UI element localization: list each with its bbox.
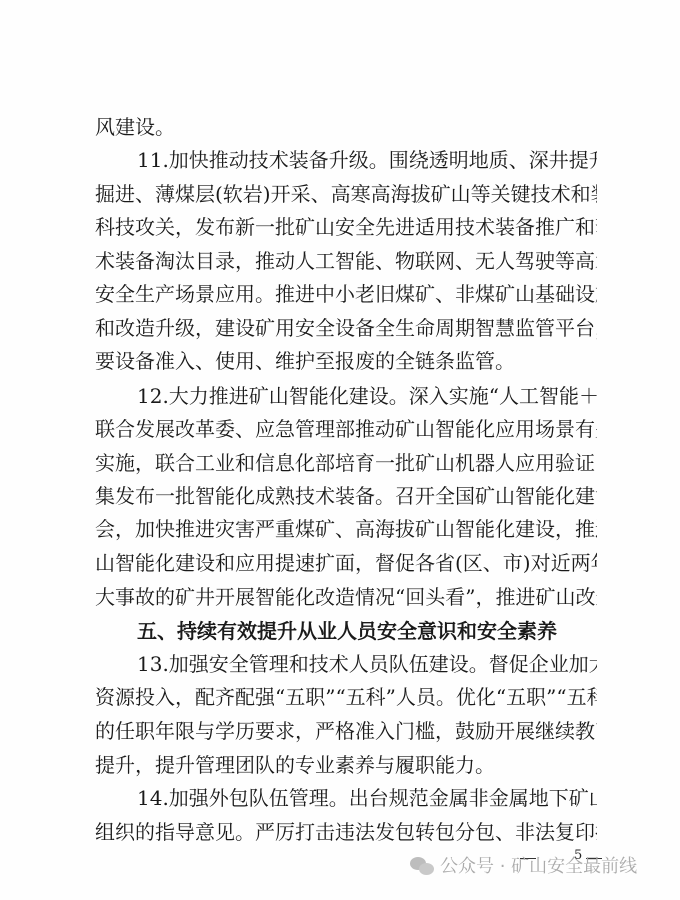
section-heading: 五、持续有效提升从业人员安全意识和安全素养 (137, 614, 597, 648)
watermark-label: 公众号 · 矿山安全最前线 (440, 852, 637, 882)
text-line: 11.加快推动技术装备升级。围绕透明地质、深井提升、智能 (137, 143, 597, 177)
text-line: 集发布一批智能化成熟技术装备。召开全国矿山智能化建设现场 (95, 479, 597, 513)
document-page: 风建设。 11.加快推动技术装备升级。围绕透明地质、深井提升、智能 掘进、薄煤层… (0, 0, 680, 900)
text-line: 14.加强外包队伍管理。出台规范金属非金属地下矿山劳动 (137, 781, 597, 815)
text-line: 组织的指导意见。严厉打击违法发包转包分包、非法复印挂靠转 (95, 815, 597, 849)
text-line: 山智能化建设和应用提速扩面，督促各省(区、市)对近两年发生较 (95, 546, 597, 580)
text-line: 掘进、薄煤层(软岩)开采、高寒高海拔矿山等关键技术和装备开展 (95, 177, 597, 211)
text-line: 联合发展改革委、应急管理部推动矿山智能化应用场景有关项目 (95, 412, 597, 446)
text-line: 会，加快推进灾害严重煤矿、高海拔矿山智能化建设，推进非煤矿 (95, 512, 597, 546)
watermark: 公众号 · 矿山安全最前线 (410, 852, 637, 882)
text-line: 的任职年限与学历要求，严格准入门槛，鼓励开展继续教育和学历 (95, 714, 597, 748)
wechat-icon (410, 857, 434, 877)
text-line: 术装备淘汰目录，推动人工智能、物联网、无人驾驶等高水平矿山 (95, 244, 597, 278)
text-line: 大事故的矿井开展智能化改造情况“回头看”，推进矿山改造升级。 (95, 580, 597, 614)
text-line: 要设备准入、使用、维护至报废的全链条监管。 (95, 344, 597, 378)
text-line: 风建设。 (95, 110, 597, 144)
text-line: 科技攻关，发布新一批矿山安全先进适用技术装备推广和落后技 (95, 210, 597, 244)
text-line: 12.大力推进矿山智能化建设。深入实施“人工智能＋”行动， (137, 379, 597, 413)
text-line: 安全生产场景应用。推进中小老旧煤矿、非煤矿山基础设施更新 (95, 277, 597, 311)
text-line: 13.加强安全管理和技术人员队伍建设。督促企业加大人力 (137, 647, 597, 681)
text-line: 实施，联合工业和信息化部培育一批矿山机器人应用验证中心，征 (95, 446, 597, 480)
text-line: 提升，提升管理团队的专业素养与履职能力。 (95, 748, 597, 782)
text-line: 资源投入，配齐配强“五职”“五科”人员。优化“五职”“五科”人员 (95, 680, 597, 714)
text-line: 和改造升级，建设矿用安全设备全生命周期智慧监管平台，强化重 (95, 311, 597, 345)
